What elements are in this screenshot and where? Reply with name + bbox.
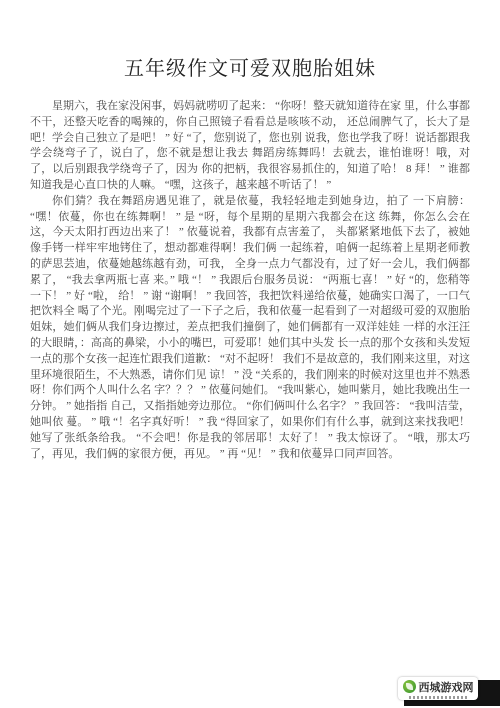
essay-title: 五年级作文可爱双胞胎姐妹 xyxy=(0,0,500,81)
watermark-badge: 西城游戏网 xyxy=(398,677,478,700)
site-name: 西城游戏网 xyxy=(419,679,474,695)
site-tagline-bar xyxy=(409,696,467,699)
essay-paragraph-2: 你们猜？我在舞蹈房遇见谁了，就是依蔓，我轻轻地走到她身边，拍了 一下肩膀： “嘿… xyxy=(30,194,470,463)
watermark-row: 西城游戏网 xyxy=(403,679,474,695)
essay-paragraph-1: 星期六，我在家没闲事，妈妈就唠叨了起来： “你呀！整天就知道待在家 里，什么事都… xyxy=(30,99,470,194)
document-page: 五年级作文可爱双胞胎姐妹 星期六，我在家没闲事，妈妈就唠叨了起来： “你呀！整天… xyxy=(0,0,500,708)
watermark: 西城游戏网 xyxy=(390,676,500,706)
site-logo-icon xyxy=(403,680,416,693)
essay-body: 星期六，我在家没闲事，妈妈就唠叨了起来： “你呀！整天就知道待在家 里，什么事都… xyxy=(30,99,470,462)
